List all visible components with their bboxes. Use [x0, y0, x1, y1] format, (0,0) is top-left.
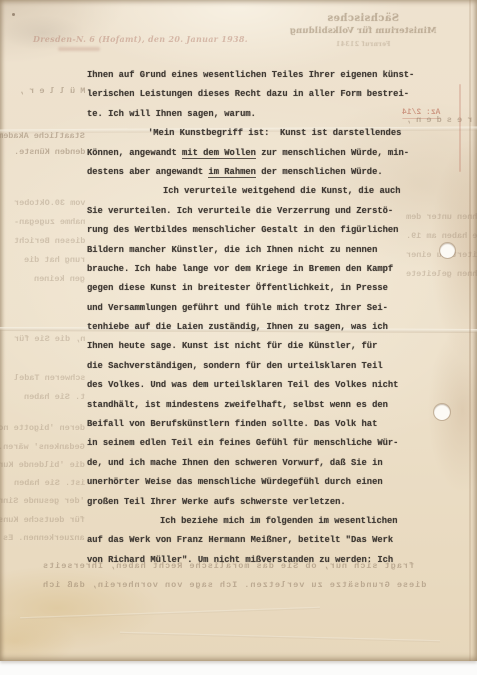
typed-text-segment: de, und ich mache Ihnen den schweren Vor…	[87, 458, 383, 468]
bleedthrough-fragment: ist Ihnen unter dem	[406, 212, 477, 222]
typed-text-segment: tenhiebe auf die Laien zuständig, Ihnen …	[87, 322, 388, 332]
typed-line: auf das Werk von Franz Hermann Meißner, …	[87, 531, 414, 550]
letter-page: Sächsisches Ministerium für Volksbildung…	[0, 0, 477, 661]
typed-line: lerischen Leistungen dieses Recht dazu i…	[87, 85, 414, 104]
bleedthrough-fragment: für deutsche Kunst	[0, 515, 85, 525]
typed-line: Beifall von Berufskünstlern finden sollt…	[87, 415, 414, 434]
red-margin-mark	[459, 84, 461, 172]
typed-text-segment: Ihnen heute sage. Kunst ist nicht für di…	[87, 341, 377, 351]
typed-line: Bildern mancher Künstler, die ich Ihnen …	[87, 241, 414, 260]
typed-text-segment: die Sachverständigen, sondern für den ur…	[87, 361, 383, 371]
typed-line: de, und ich mache Ihnen den schweren Vor…	[87, 454, 414, 473]
typed-text-segment: zur menschlichen Würde, min-	[256, 148, 409, 158]
typed-underlined-phrase: im Rahmen	[208, 167, 256, 179]
typed-text-segment: 'Mein Kunstbegriff ist: Kunst ist darste…	[148, 128, 401, 138]
right-edge-crease	[469, 0, 471, 661]
typed-line: in seinem edlen Teil ein feines Gefühl f…	[87, 434, 414, 453]
typed-text-segment: Ich beziehe mich im folgenden im wesentl…	[160, 516, 398, 526]
bleedthrough-fragment: deren 'bigotte noch'	[0, 423, 85, 433]
bleedthrough-fragment: die 'bildende Kunst	[0, 460, 85, 470]
bleed-date-line: Dresden-N. 6 (Hofamt), den 20. Januar 19…	[33, 34, 248, 44]
typed-text-segment: destens aber angewandt	[87, 167, 208, 177]
typed-text-segment: Beifall von Berufskünstlern finden sollt…	[87, 419, 377, 429]
bleedthrough-fragment: t. Sie haben	[24, 392, 85, 402]
typed-line: standhält, ist mindestens zweifelhaft, s…	[87, 396, 414, 415]
bleed-letterhead-line3: Fernruf 21341	[287, 41, 439, 48]
typed-text-segment: Bildern mancher Künstler, die ich Ihnen …	[87, 245, 377, 255]
bleedthrough-fragment: gen keinen	[34, 274, 85, 284]
typed-text-segment: Können, angewandt	[87, 148, 182, 158]
bleedthrough-fragment: gen. Sie haben am 19.	[406, 231, 477, 241]
typed-line: Ihnen heute sage. Kunst ist nicht für di…	[87, 337, 414, 356]
bleedthrough-fragment: schweren Tadel	[14, 373, 85, 383]
bleedthrough-fragment: diese Grundsätze zu verletzen. Ich sage …	[42, 580, 426, 590]
typed-text-segment: rung des Wertbildes menschlicher Gestalt…	[87, 225, 398, 235]
typed-text-segment: und Versammlungen geführt und fühle mich…	[87, 303, 388, 313]
typed-line: gegen diese Kunst in breitester Öffentli…	[87, 279, 414, 298]
typed-line: Ich verurteile weitgehend die Kunst, die…	[163, 182, 414, 201]
typed-line: brauche. Ich habe lange vor dem Kriege i…	[87, 260, 414, 279]
ink-speck	[12, 13, 15, 16]
bleed-letterhead: Sächsisches Ministerium für Volksbildung…	[287, 13, 439, 48]
typed-text-segment: te. Ich will Ihnen sagen, warum.	[87, 109, 256, 119]
bleedthrough-fragment: diesen Bericht	[14, 236, 85, 246]
typed-line: großen Teil Ihrer Werke aufs schwerste v…	[87, 493, 414, 512]
typed-text-segment: standhält, ist mindestens zweifelhaft, s…	[87, 400, 388, 410]
typed-line: Ich beziehe mich im folgenden im wesentl…	[160, 512, 414, 531]
punch-hole-top	[440, 243, 455, 258]
bleedthrough-fragment: vom 30.Oktober	[14, 198, 85, 208]
typed-line: Können, angewandt mit dem Wollen zur men…	[87, 144, 414, 163]
bleedthrough-fragment: 'der gesunde Sinn	[0, 496, 85, 506]
bleedthrough-fragment: nahme zugegan-	[14, 217, 85, 227]
typed-line: tenhiebe auf die Laien zuständig, Ihnen …	[87, 318, 414, 337]
typed-text-segment: Ihnen auf Grund eines wesentlichen Teile…	[87, 70, 414, 80]
typed-line: Sie verurteilen. Ich verurteile die Verz…	[87, 202, 414, 221]
typed-line: des Volkes. Und was dem urteilsklaren Te…	[87, 376, 414, 395]
typed-line: unerhörter Weise das menschliche Würdege…	[87, 473, 414, 492]
typed-line: rung des Wertbildes menschlicher Gestalt…	[87, 221, 414, 240]
typed-line: die Sachverständigen, sondern für den ur…	[87, 357, 414, 376]
bleed-letterhead-line2: Ministerium für Volksbildung	[287, 26, 439, 36]
bleedthrough-fragment: anzuerkennen. Es	[3, 533, 85, 543]
bleed-letterhead-line1: Sächsisches	[287, 13, 439, 24]
bleedthrough-fragment: M ü l l e r ,	[19, 86, 85, 96]
punch-hole-bottom	[434, 404, 450, 420]
typed-text-segment: auf das Werk von Franz Hermann Meißner, …	[87, 535, 393, 545]
typed-text-segment: großen Teil Ihrer Werke aufs schwerste v…	[87, 497, 346, 507]
typed-text-segment: Sie verurteilen. Ich verurteile die Verz…	[87, 206, 393, 216]
typed-line: destens aber angewandt im Rahmen der men…	[87, 163, 414, 182]
bleedthrough-fragment: denden Künste.	[14, 147, 85, 157]
typed-text-segment: von Richard Müller". Um nicht mißverstan…	[87, 555, 393, 565]
bleedthrough-fragment: D r e s d e n ,	[406, 115, 477, 125]
typed-text-segment: brauche. Ich habe lange vor dem Kriege i…	[87, 264, 393, 274]
typed-underlined-phrase: mit dem Wollen	[182, 148, 256, 160]
typed-letter-body: Ihnen auf Grund eines wesentlichen Teile…	[87, 66, 414, 570]
scan-background: { "colors": { "paper": "#ecdfca", "ink":…	[0, 0, 477, 675]
typed-text-segment: gegen diese Kunst in breitester Öffentli…	[87, 283, 388, 293]
bleedthrough-fragment: ist. Sie haben	[14, 478, 85, 488]
typed-line: te. Ich will Ihnen sagen, warum.	[87, 105, 414, 124]
typed-text-segment: in seinem edlen Teil ein feines Gefühl f…	[87, 438, 398, 448]
bleedthrough-fragment: n, die Sie für	[14, 334, 85, 344]
typed-line: Ihnen auf Grund eines wesentlichen Teile…	[87, 66, 414, 85]
typed-text-segment: lerischen Leistungen dieses Recht dazu i…	[87, 89, 409, 99]
typed-text-segment: der menschlichen Würde.	[256, 167, 383, 177]
bleedthrough-fragment: Gedankens' wären.	[0, 442, 85, 452]
typed-line: 'Mein Kunstbegriff ist: Kunst ist darste…	[148, 124, 414, 143]
typed-text-segment: unerhörter Weise das menschliche Würdege…	[87, 477, 383, 487]
bleed-date-sub-smudge	[58, 47, 100, 51]
bleedthrough-fragment: rung hat die	[24, 255, 85, 265]
typed-text-segment: des Volkes. Und was dem urteilsklaren Te…	[87, 380, 398, 390]
typed-text-segment: Ich verurteile weitgehend die Kunst, die…	[163, 186, 401, 196]
typed-line: von Richard Müller". Um nicht mißverstan…	[87, 551, 414, 570]
typed-line: und Versammlungen geführt und fühle mich…	[87, 299, 414, 318]
bleedthrough-fragment: von Ihnen geleitete	[406, 269, 477, 279]
